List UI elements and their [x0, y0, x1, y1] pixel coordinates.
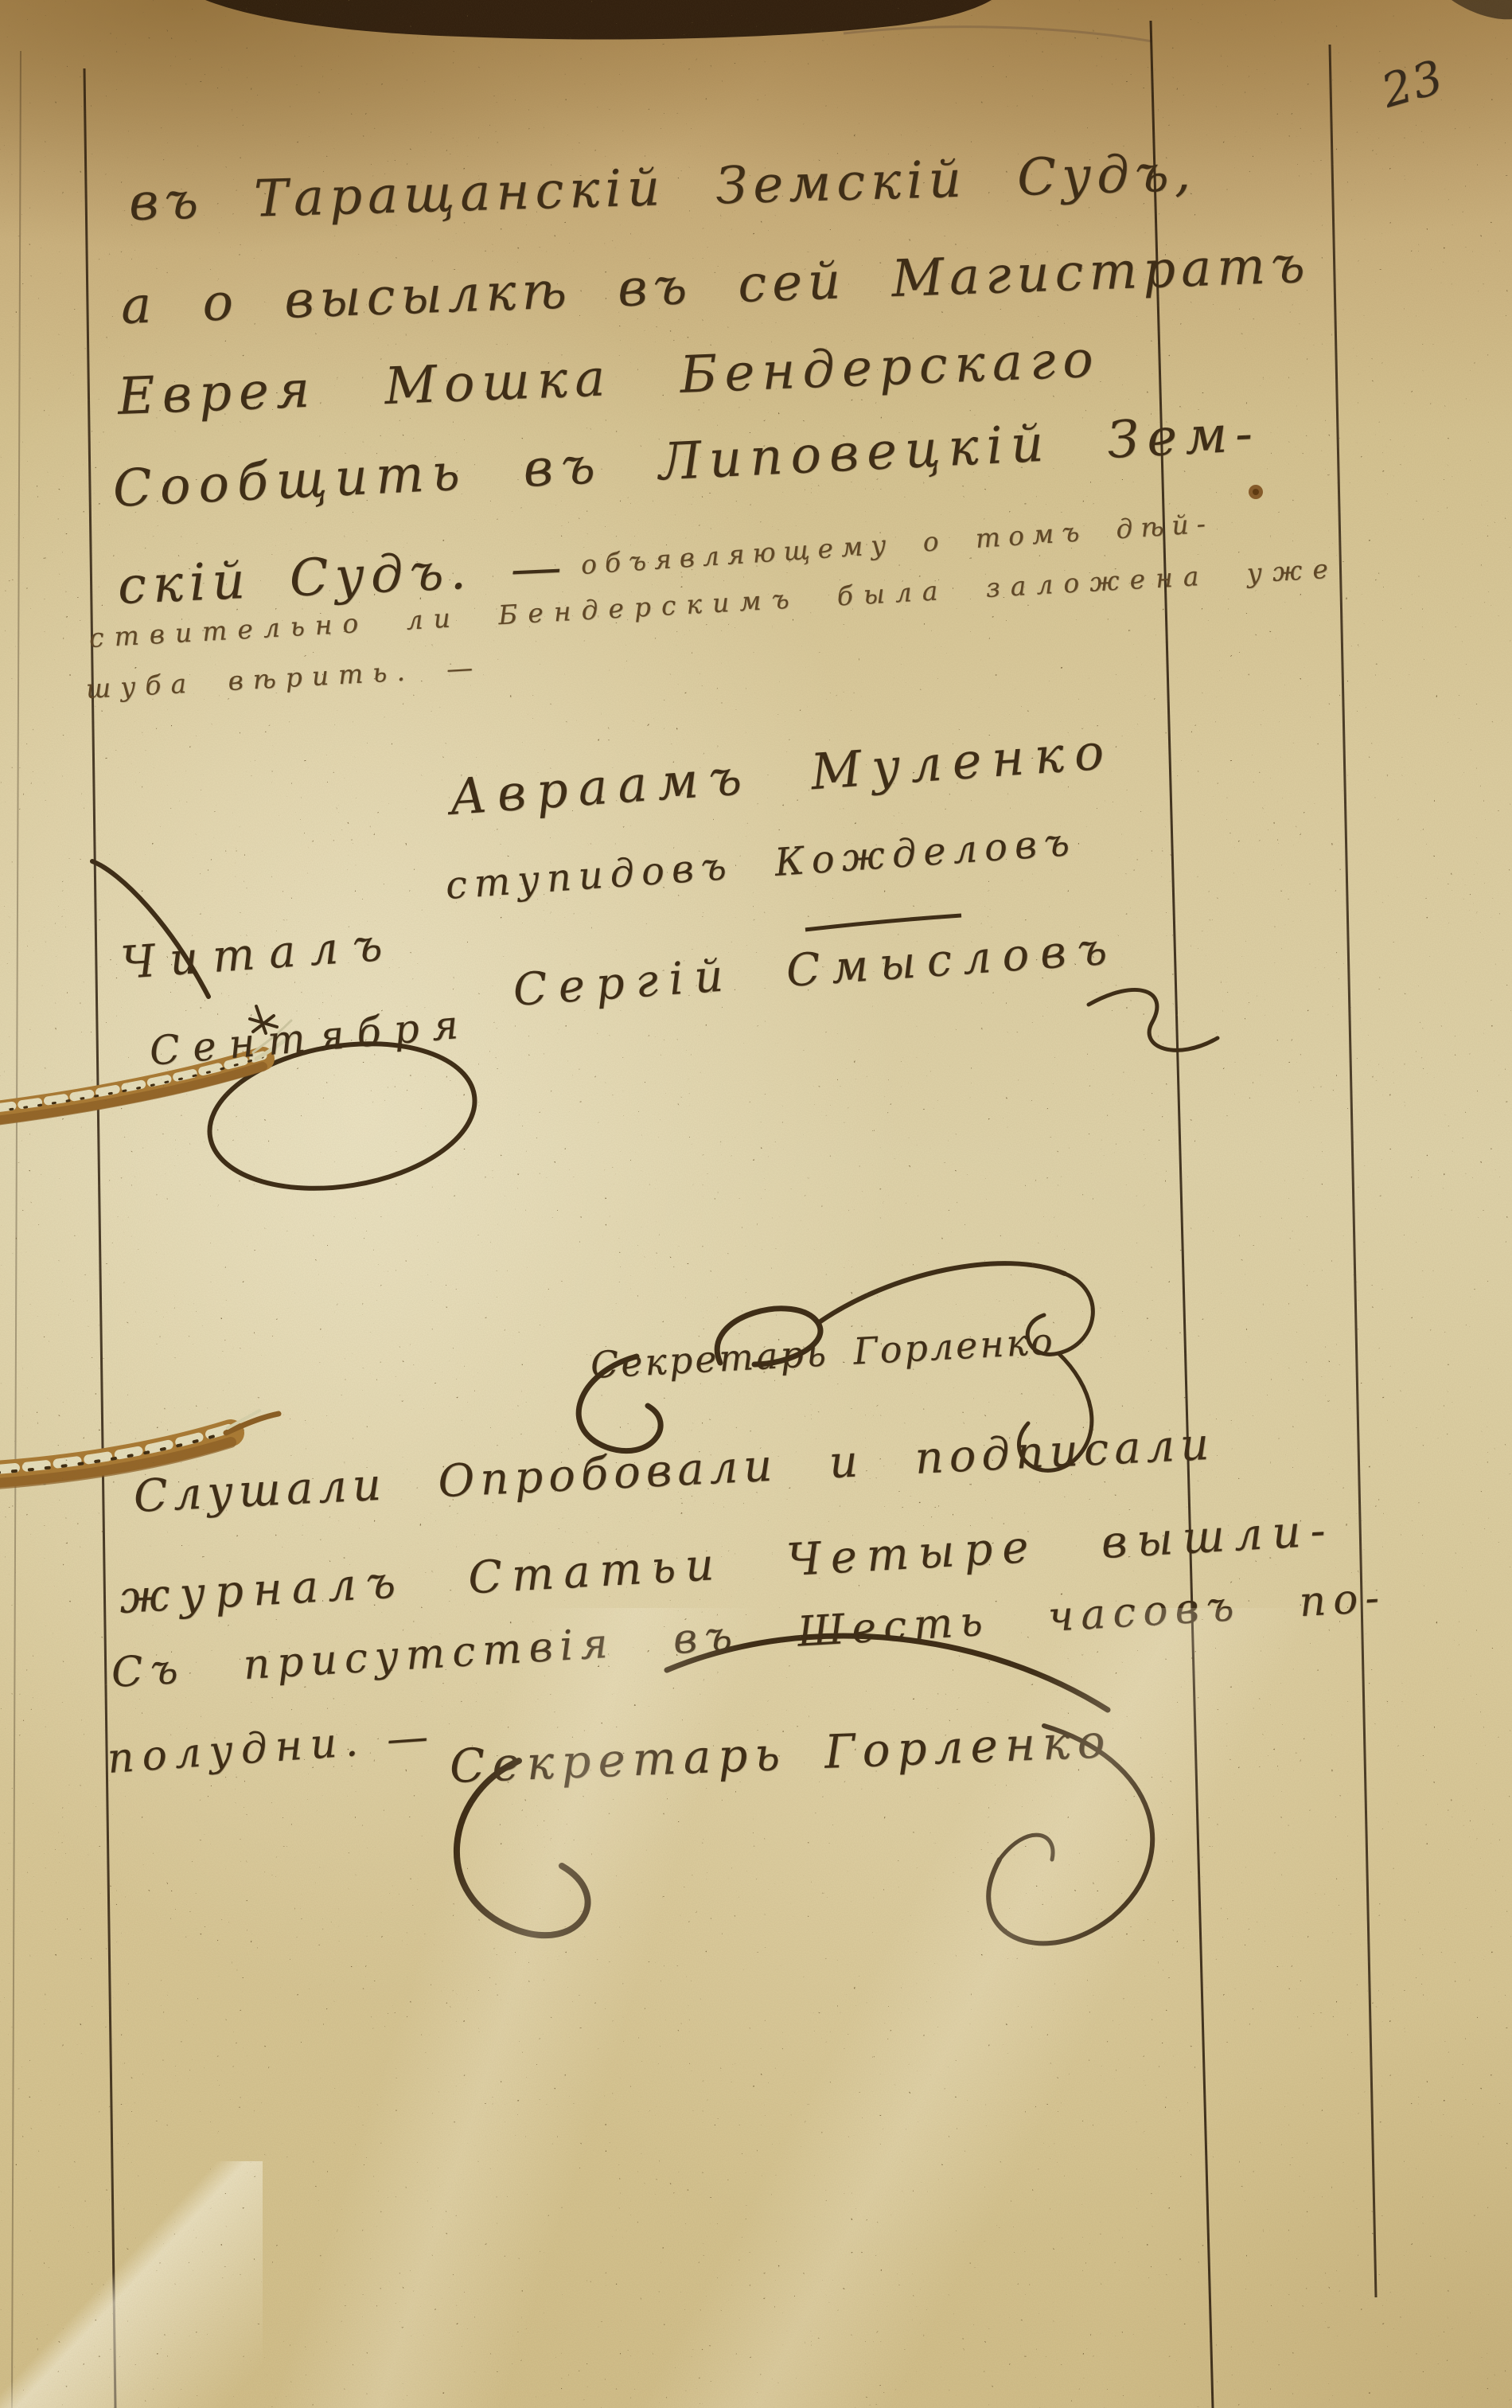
ruled-line-right-1 [1151, 21, 1213, 2408]
photo-top-edge-curve [844, 27, 1152, 41]
ruled-line-left-margin [84, 68, 115, 2408]
manuscript-photo: 23 въ Таращанскій Земскій Судъ, а о высы… [0, 0, 1512, 2408]
ruled-line-far-left [12, 51, 21, 2408]
photo-top-edge [205, 0, 992, 40]
ruled-line-right-2 [1330, 45, 1376, 2297]
name-underline [805, 915, 961, 930]
photo-corner-streak [1452, 0, 1512, 19]
secretary-2-flourish [457, 1636, 1152, 1943]
stain-dot-center [1253, 489, 1259, 495]
name-3-flourish [1089, 989, 1218, 1050]
